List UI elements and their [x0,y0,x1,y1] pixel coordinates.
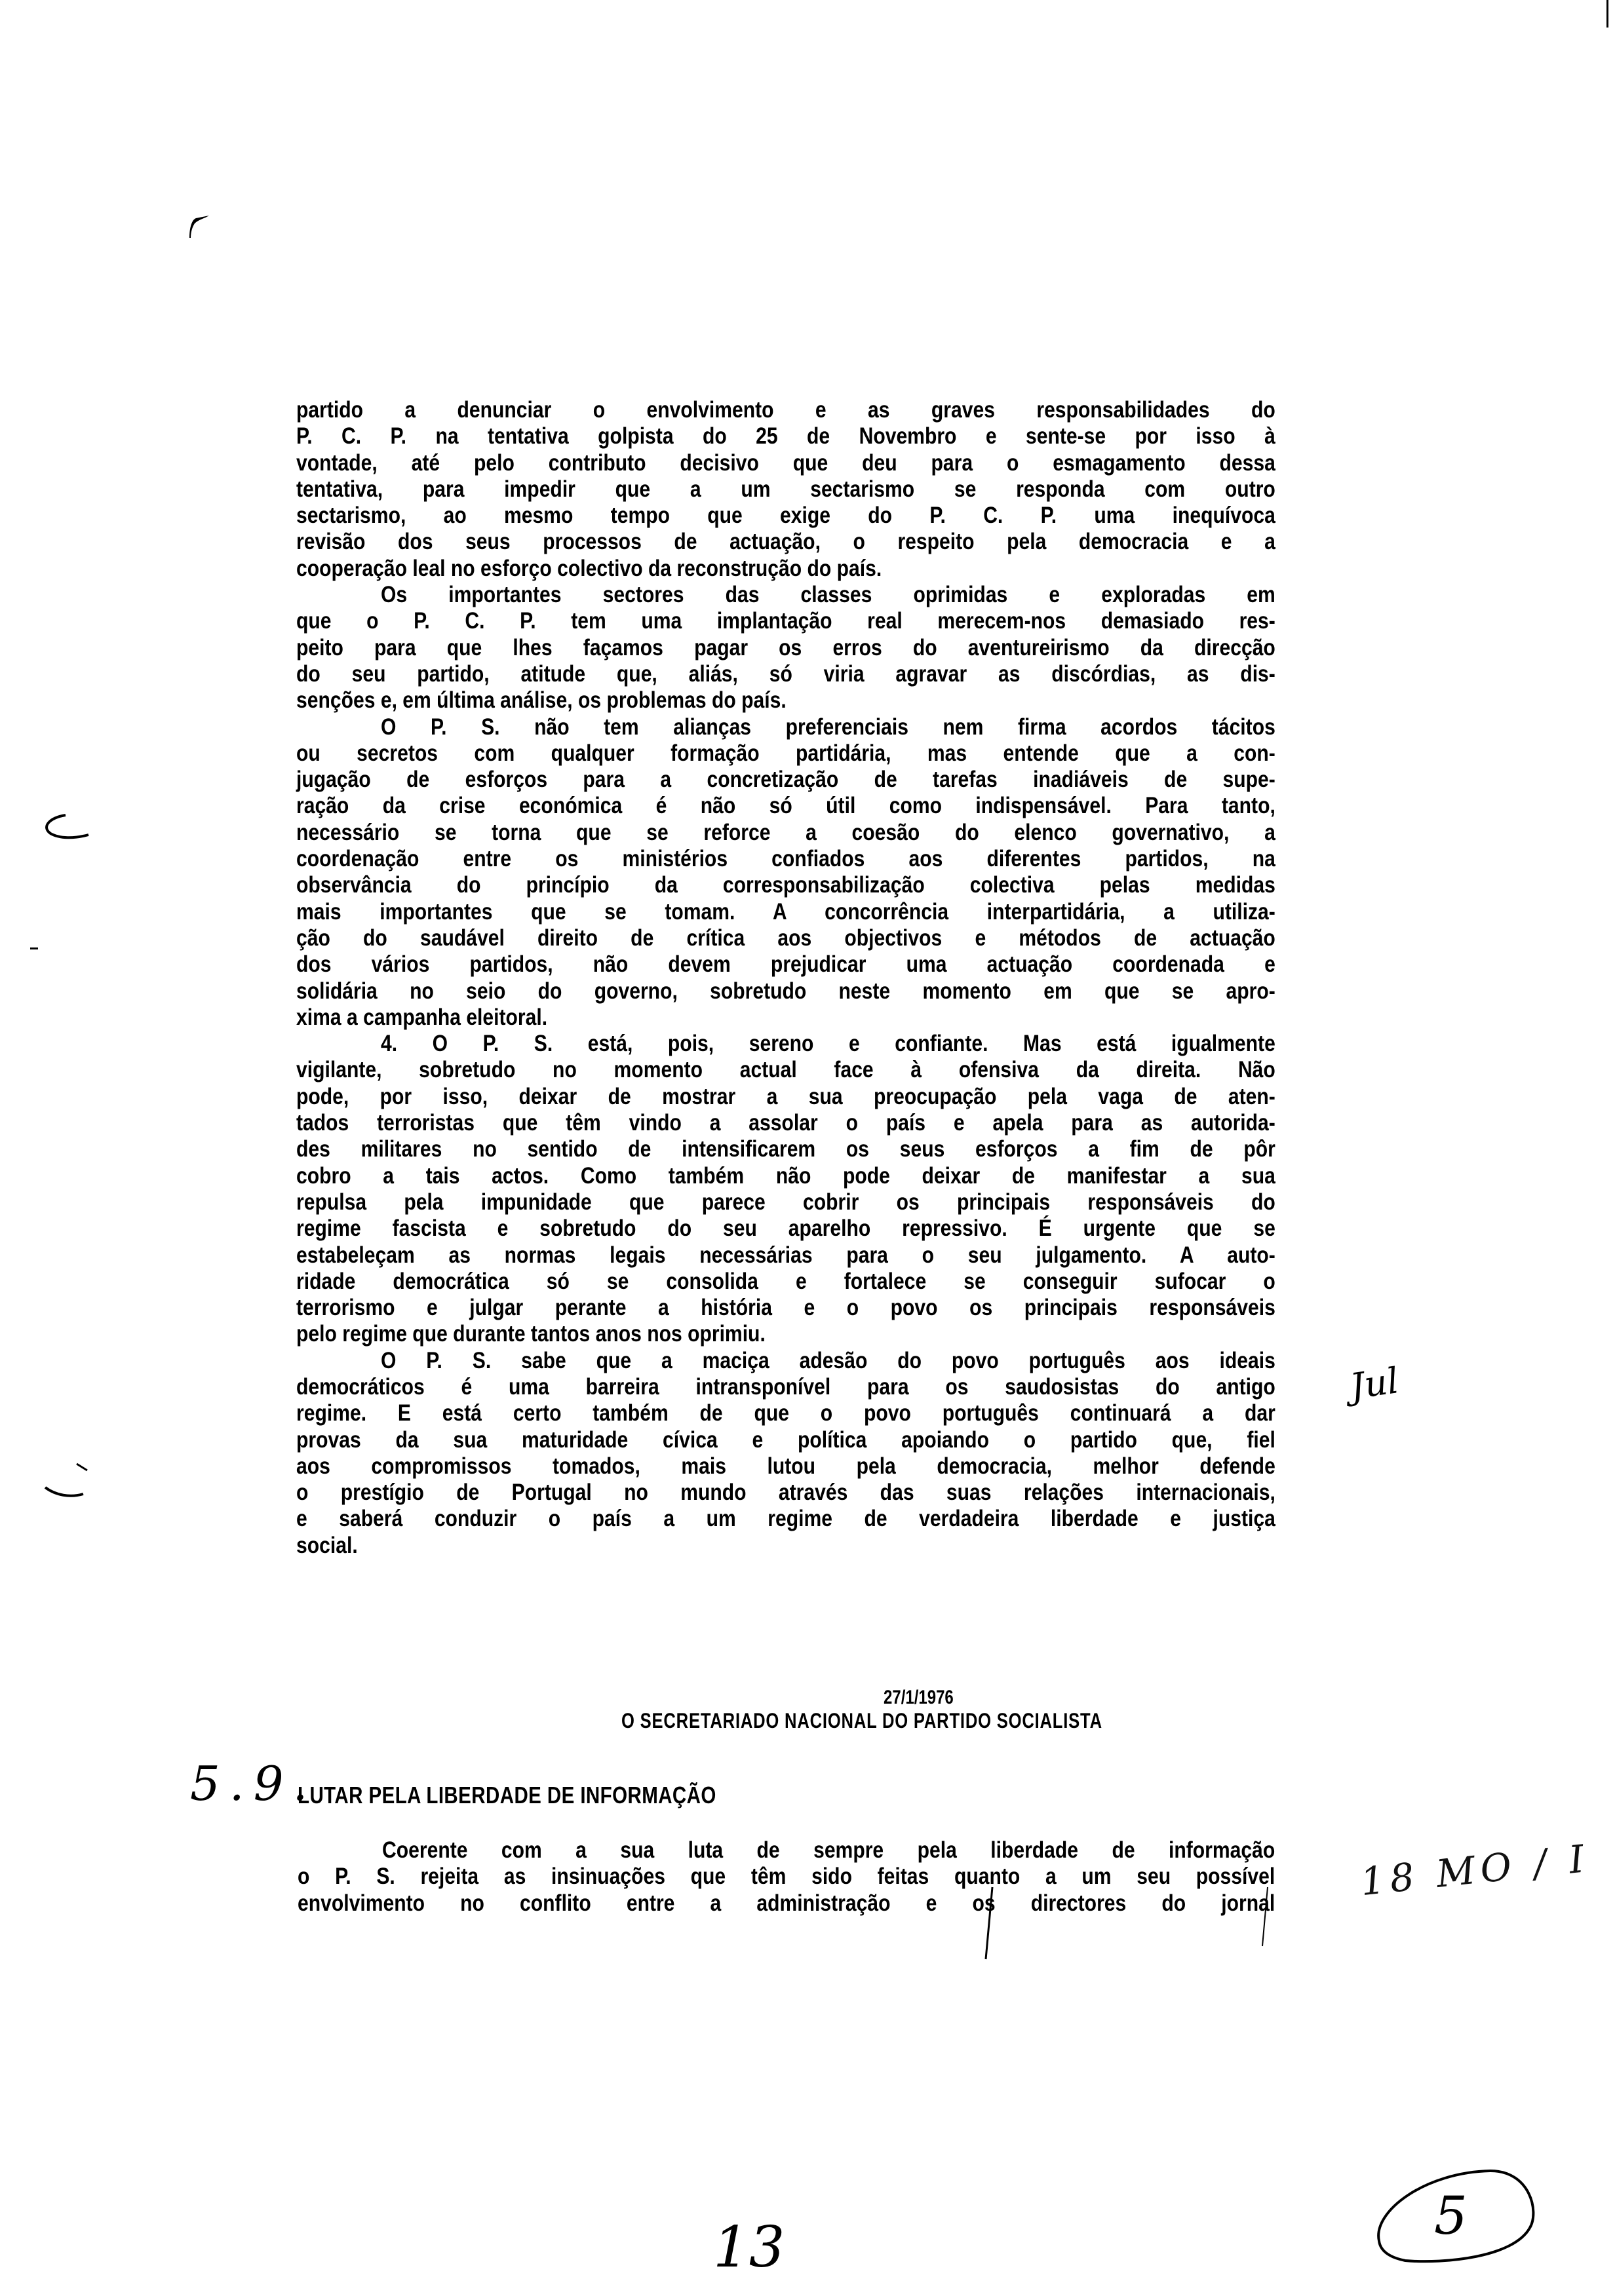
section-title: LUTAR PELA LIBERDADE DE INFORMAÇÃO [298,1782,716,1809]
text-line: pelo regime que durante tantos anos nos … [296,1321,1275,1347]
text-line: tados terroristas que têm vindo a assola… [296,1110,1275,1136]
text-line: ração da crise económica é não só útil c… [296,793,1275,819]
section-body: Coerente com a sua luta de sempre pela l… [298,1837,1275,1917]
text-line: e saberá conduzir o país a um regime de … [296,1506,1275,1532]
text-line: provas da sua maturidade cívica e políti… [296,1427,1275,1453]
text-line: regime fascista e sobretudo do seu apare… [296,1215,1275,1242]
text-line: ção do saudável direito de crítica aos o… [296,925,1275,951]
text-line: ou secretos com qualquer formação partid… [296,740,1275,767]
text-line: peito para que lhes façamos pagar os err… [296,635,1275,661]
text-line: partido a denunciar o envolvimento e as … [296,397,1275,423]
signatory: O SECRETARIADO NACIONAL DO PARTIDO SOCIA… [621,1709,1102,1733]
text-line: que o P. C. P. tem uma implantação real … [296,608,1275,634]
text-line: terrorismo e julgar perante a história e… [296,1295,1275,1321]
text-line: P. C. P. na tentativa golpista do 25 de … [296,423,1275,450]
text-line: regime. E está certo também de que o pov… [296,1400,1275,1426]
text-line: cobro a tais actos. Como também não pode… [296,1163,1275,1189]
text-line: dos vários partidos, não devem prejudica… [296,951,1275,978]
handwritten-margin-note: 18 MO / I [1358,1836,1591,1904]
text-line: O P. S. não tem alianças preferenciais n… [296,714,1275,740]
document-date: 27/1/1976 [884,1687,954,1709]
text-line: repulsa pela impunidade que parece cobri… [296,1189,1275,1215]
text-line: revisão dos seus processos de actuação, … [296,529,1275,555]
body-text: partido a denunciar o envolvimento e as … [296,397,1275,1559]
handwritten-initials: Jul [1348,1360,1401,1407]
text-line: envolvimento no conflito entre a adminis… [298,1890,1275,1917]
text-line: Coerente com a sua luta de sempre pela l… [298,1837,1275,1864]
text-line: democráticos é uma barreira intransponív… [296,1374,1275,1400]
scan-edge-mark-icon [1606,0,1610,29]
text-line: tentativa, para impedir que a um sectari… [296,476,1275,503]
text-line: necessário se torna que se reforce a coe… [296,820,1275,846]
text-line: o P. S. rejeita as insinuações que têm s… [298,1864,1275,1890]
circled-page-number: 5 [1434,2185,1468,2246]
text-line: solidária no seio do governo, sobretudo … [296,978,1275,1004]
stray-pen-mark-icon [187,213,213,239]
text-line: coordenação entre os ministérios confiad… [296,846,1275,872]
text-line: aos compromissos tomados, mais lutou pel… [296,1453,1275,1480]
text-line: do seu partido, atitude que, aliás, só v… [296,661,1275,687]
text-line: sectarismo, ao mesmo tempo que exige do … [296,503,1275,529]
pen-stroke-mark-icon [1258,1887,1272,1946]
text-line: senções e, em última análise, os problem… [296,687,1275,714]
text-line: cooperação leal no esforço colectivo da … [296,556,1275,582]
text-line: ridade democrática só se consolida e for… [296,1269,1275,1295]
text-line: vontade, até pelo contributo decisivo qu… [296,450,1275,476]
margin-dash-mark-icon [30,947,39,951]
text-line: Os importantes sectores das classes opri… [296,582,1275,608]
text-line: O P. S. sabe que a maciça adesão do povo… [296,1348,1275,1374]
pen-stroke-mark-icon [983,1887,996,1959]
text-line: mais importantes que se tomam. A concorr… [296,899,1275,925]
text-line: 4. O P. S. está, pois, sereno e confiant… [296,1031,1275,1057]
document-page: partido a denunciar o envolvimento e as … [0,0,1615,2296]
punch-hole-mark-icon [36,813,88,845]
handwritten-page-number: 13 [713,2215,785,2280]
text-line: xima a campanha eleitoral. [296,1004,1275,1031]
text-line: jugação de esforços para a concretização… [296,767,1275,793]
text-line: pode, por isso, deixar de mostrar a sua … [296,1084,1275,1110]
text-line: estabeleçam as normas legais necessárias… [296,1242,1275,1269]
text-line: des militares no sentido de intensificar… [296,1136,1275,1162]
text-line: o prestígio de Portugal no mundo através… [296,1480,1275,1506]
text-line: social. [296,1533,1275,1559]
text-line: observância do princípio da corresponsab… [296,872,1275,898]
text-line: vigilante, sobretudo no momento actual f… [296,1057,1275,1083]
punch-hole-mark-icon [36,1461,88,1507]
